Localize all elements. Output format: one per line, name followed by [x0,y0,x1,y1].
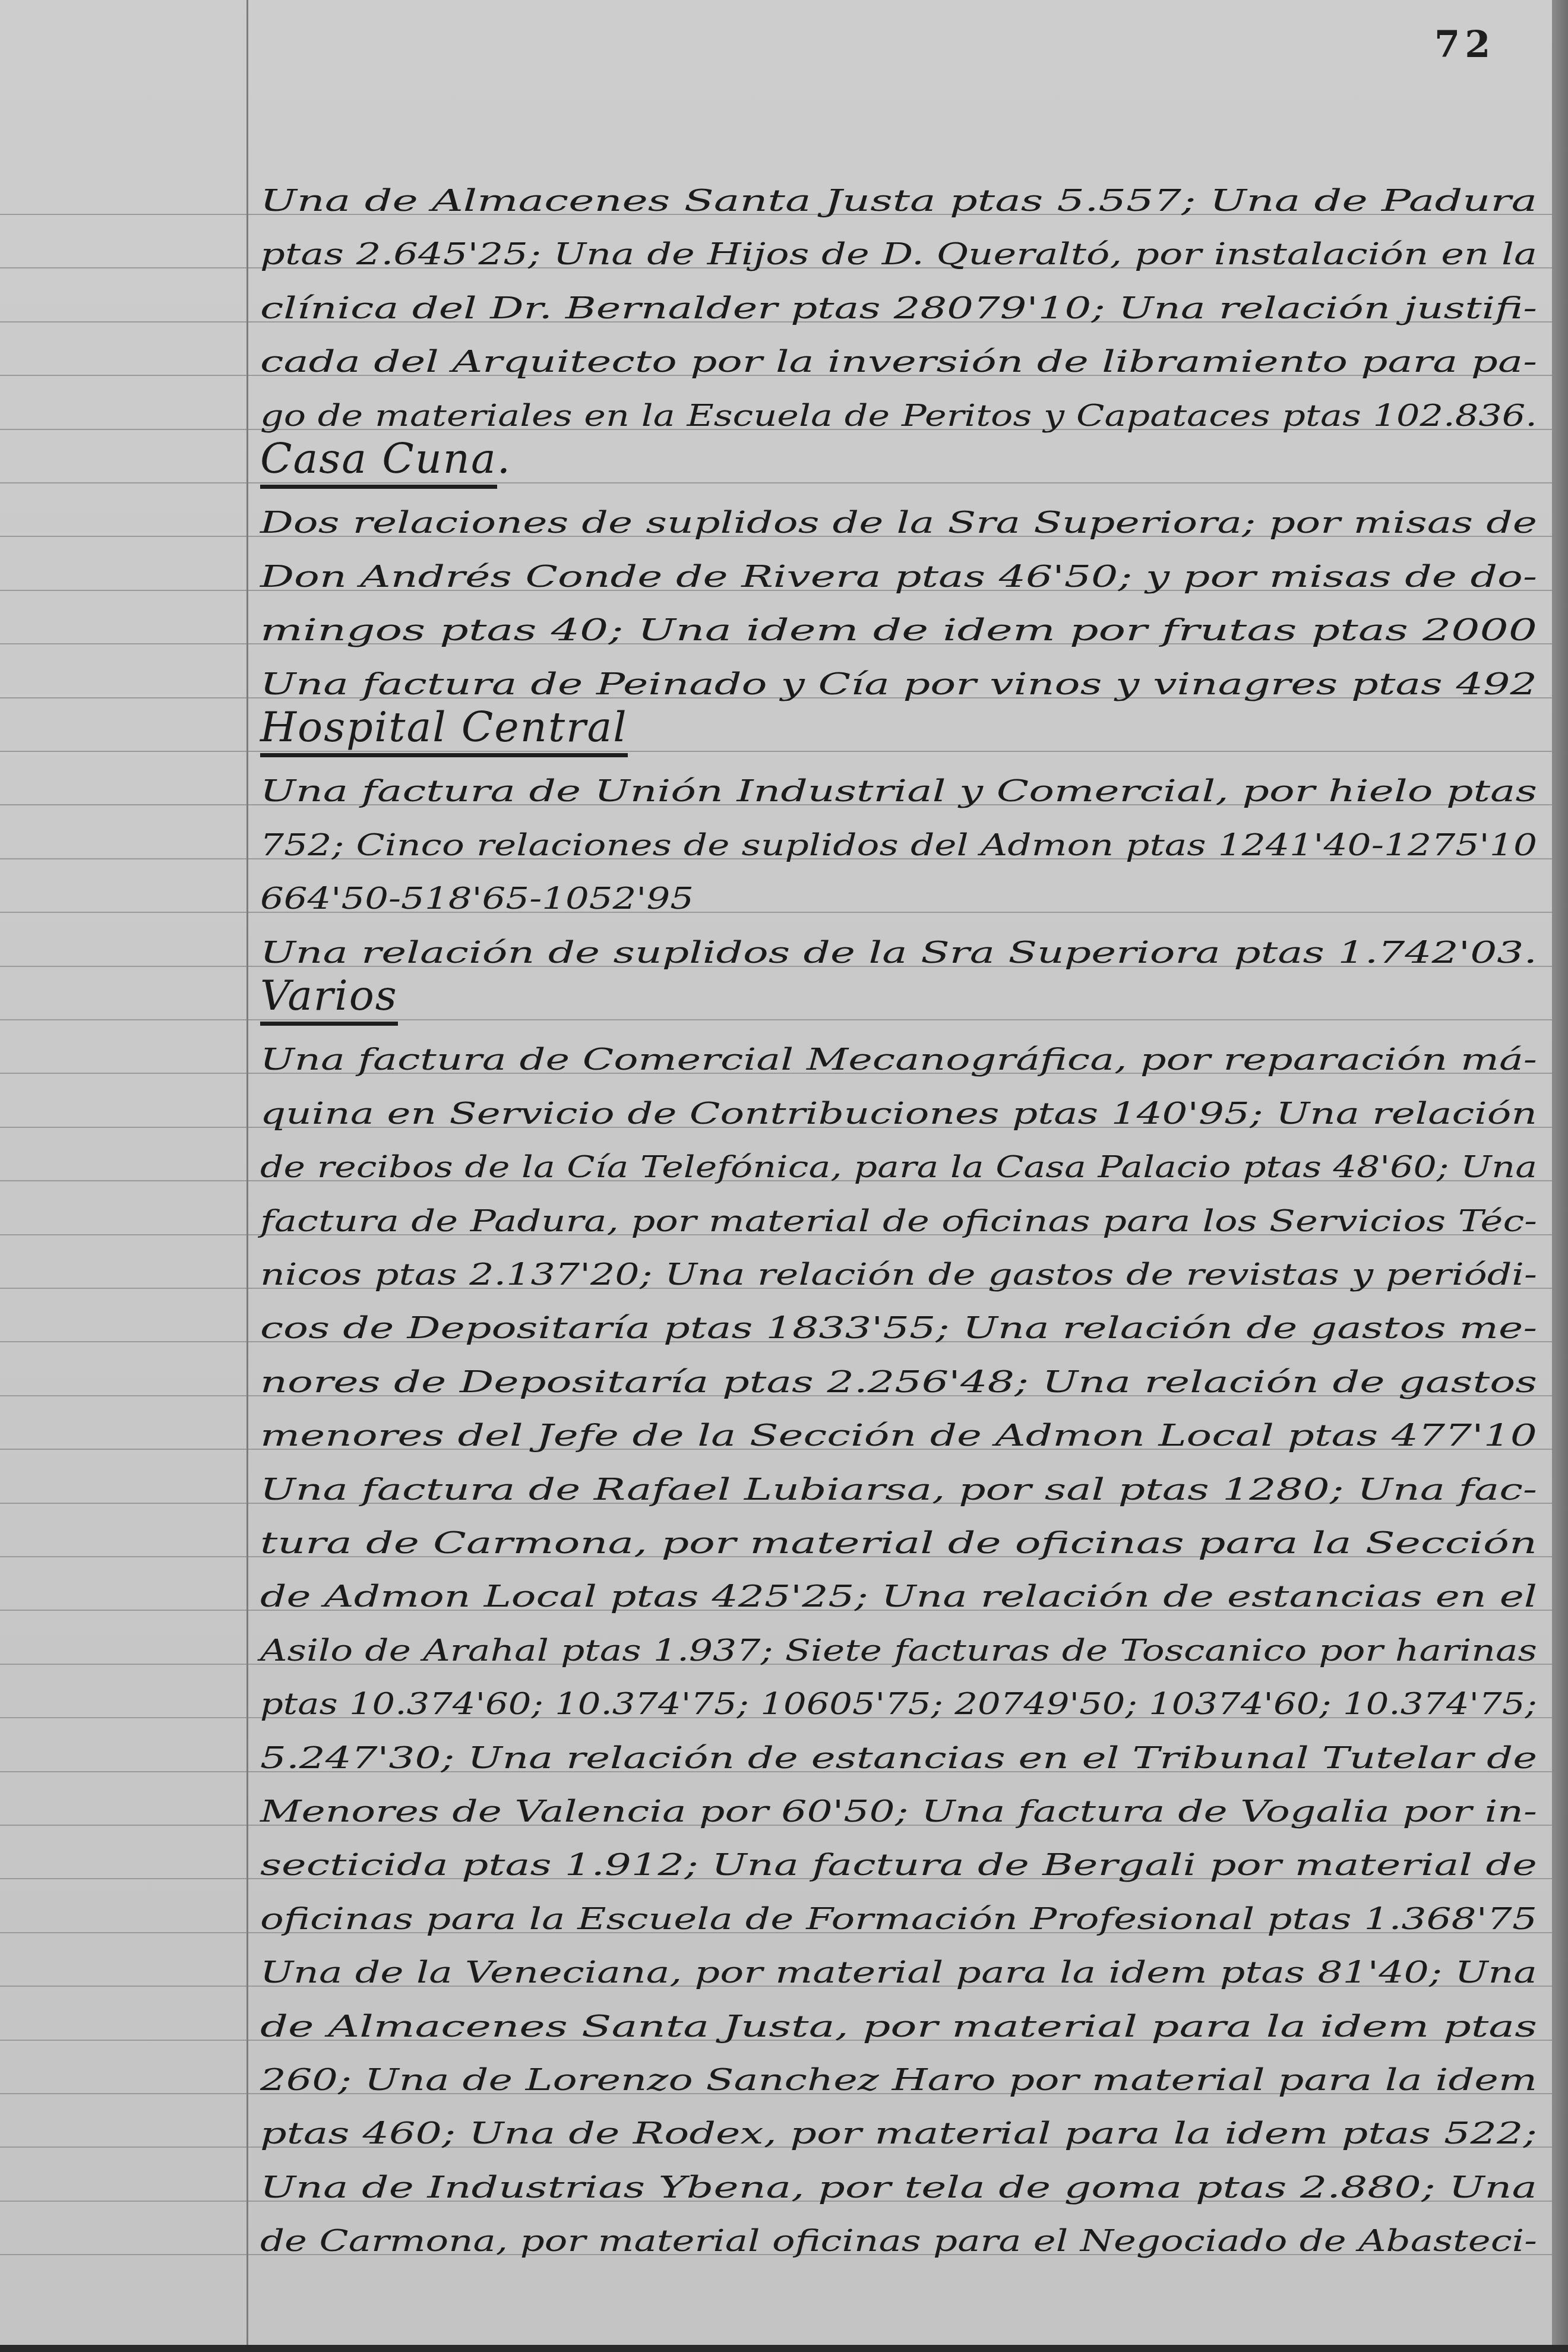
entry-text: factura de Padura, por material de ofici… [260,1204,1537,1238]
entry-text: Una factura de Peinado y Cía por vinos y… [260,667,1537,701]
entry-line: ptas 460; Una de Rodex, por material par… [260,2116,1568,2151]
entry-text: Una factura de Unión Industrial y Comerc… [260,774,1537,808]
page-bottom-shadow [0,2345,1568,2352]
entry-text: 752; Cinco relaciones de suplidos del Ad… [260,828,1537,862]
entry-line: ptas 10.374'60; 10.374'75; 10605'75; 207… [260,1686,1568,1722]
entry-text: Una de Industrias Ybena, por tela de gom… [260,2170,1537,2205]
entry-text: Dos relaciones de suplidos de la Sra Sup… [260,505,1537,540]
entry-text: mingos ptas 40; Una idem de idem por fru… [260,613,1537,647]
entry-text: Asilo de Arahal ptas 1.937; Siete factur… [260,1633,1537,1668]
entry-text: 5.247'30; Una relación de estancias en e… [260,1741,1537,1775]
entry-text: menores del Jefe de la Sección de Admon … [260,1418,1537,1453]
entry-text: oficinas para la Escuela de Formación Pr… [260,1902,1537,1936]
entry-text: quina en Servicio de Contribuciones ptas… [260,1096,1537,1131]
entry-line: cos de Depositaría ptas 1833'55; Una rel… [260,1310,1568,1346]
entry-line: Una de Almacenes Santa Justa ptas 5.557;… [260,183,1568,219]
entry-text: Una de la Veneciana, por material para l… [260,1955,1537,1990]
entry-line: 5.247'30; Una relación de estancias en e… [260,1740,1568,1776]
entry-line: Una relación de suplidos de la Sra Super… [260,935,1568,970]
entry-line: secticida ptas 1.912; Una factura de Ber… [260,1847,1568,1883]
entry-line: 664'50-518'65-1052'95 [260,881,1568,916]
entry-text: clínica del Dr. Bernalder ptas 28079'10;… [260,291,1537,325]
entry-line: 260; Una de Lorenzo Sanchez Haro por mat… [260,2062,1568,2098]
entry-line: Don Andrés Conde de Rivera ptas 46'50; y… [260,559,1568,595]
entry-text: tura de Carmona, por material de oficina… [260,1526,1537,1560]
entry-line: factura de Padura, por material de ofici… [260,1203,1568,1239]
entry-line: Una factura de Rafael Lubiarsa, por sal … [260,1472,1568,1507]
entry-text: cos de Depositaría ptas 1833'55; Una rel… [260,1311,1537,1345]
section-heading-text: Hospital Central [260,703,628,757]
entry-text: Don Andrés Conde de Rivera ptas 46'50; y… [260,559,1537,594]
entry-text: ptas 10.374'60; 10.374'75; 10605'75; 207… [260,1687,1537,1721]
entry-text: Menores de Valencia por 60'50; Una factu… [260,1794,1537,1829]
entry-line: Una factura de Comercial Mecanográfica, … [260,1042,1568,1077]
entry-line: Una de Industrias Ybena, por tela de gom… [260,2170,1568,2205]
heading-suffix: . [497,434,511,483]
entry-line: de Admon Local ptas 425'25; Una relación… [260,1579,1568,1614]
entry-line: de Almacenes Santa Justa, por material p… [260,2009,1568,2044]
entry-text: ptas 2.645'25; Una de Hijos de D. Queral… [260,237,1537,271]
entry-text: 260; Una de Lorenzo Sanchez Haro por mat… [260,2063,1537,2097]
entry-line: menores del Jefe de la Sección de Admon … [260,1418,1568,1453]
entry-text: Una relación de suplidos de la Sra Super… [260,935,1537,970]
entry-line: tura de Carmona, por material de oficina… [260,1525,1568,1561]
entry-text: de Almacenes Santa Justa, por material p… [260,2009,1537,2044]
entry-line: mingos ptas 40; Una idem de idem por fru… [260,612,1568,648]
entry-text: nores de Depositaría ptas 2.256'48; Una … [260,1365,1537,1399]
section-heading: Varios [260,972,1546,1026]
entry-line: nores de Depositaría ptas 2.256'48; Una … [260,1364,1568,1400]
entry-line: go de materiales en la Escuela de Perito… [260,398,1568,434]
entry-line: Asilo de Arahal ptas 1.937; Siete factur… [260,1633,1568,1668]
entry-text: cada del Arquitecto por la inversión de … [260,344,1537,379]
entry-text: 664'50-518'65-1052'95 [260,881,694,916]
section-heading: Hospital Central [260,703,1546,757]
section-heading-text: Casa Cuna [260,435,497,489]
entry-line: ptas 2.645'25; Una de Hijos de D. Queral… [260,236,1568,272]
entry-text: Una factura de Comercial Mecanográfica, … [260,1042,1537,1077]
entry-text: go de materiales en la Escuela de Perito… [260,399,1537,433]
margin-line [246,0,248,2345]
entry-line: de recibos de la Cía Telefónica, para la… [260,1149,1568,1185]
entry-text: de recibos de la Cía Telefónica, para la… [260,1150,1537,1184]
entry-line: nicos ptas 2.137'20; Una relación de gas… [260,1257,1568,1292]
entry-line: Una factura de Unión Industrial y Comerc… [260,773,1568,809]
entry-text: ptas 460; Una de Rodex, por material par… [260,2116,1537,2151]
entry-text: de Admon Local ptas 425'25; Una relación… [260,1579,1537,1614]
entry-line: cada del Arquitecto por la inversión de … [260,344,1568,380]
entry-text: nicos ptas 2.137'20; Una relación de gas… [260,1257,1537,1292]
entry-line: Dos relaciones de suplidos de la Sra Sup… [260,505,1568,540]
entry-line: quina en Servicio de Contribuciones ptas… [260,1096,1568,1131]
entry-line: oficinas para la Escuela de Formación Pr… [260,1901,1568,1937]
entry-line: de Carmona, por material oficinas para e… [260,2223,1568,2259]
entry-line: 752; Cinco relaciones de suplidos del Ad… [260,827,1568,863]
entry-text: secticida ptas 1.912; Una factura de Ber… [260,1848,1537,1882]
section-heading-text: Varios [260,972,398,1026]
entry-text: de Carmona, por material oficinas para e… [260,2224,1537,2258]
entry-line: Una factura de Peinado y Cía por vinos y… [260,666,1568,702]
entry-line: Una de la Veneciana, por material para l… [260,1955,1568,1990]
entry-line: Menores de Valencia por 60'50; Una factu… [260,1794,1568,1829]
entry-text: Una factura de Rafael Lubiarsa, por sal … [260,1472,1537,1507]
entry-line: clínica del Dr. Bernalder ptas 28079'10;… [260,290,1568,326]
page-number: 72 [1434,23,1495,66]
section-heading: Casa Cuna. [260,435,1546,489]
entry-text: Una de Almacenes Santa Justa ptas 5.557;… [260,184,1537,218]
